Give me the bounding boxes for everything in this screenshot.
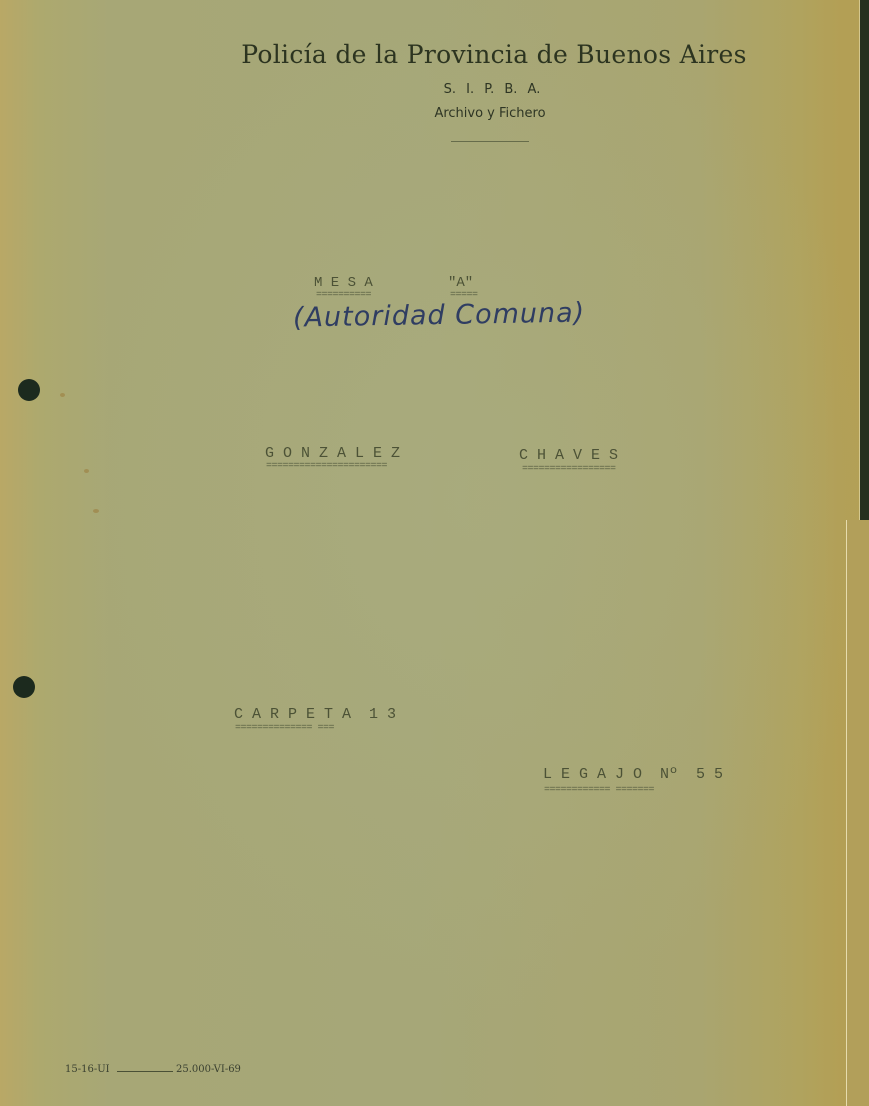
- header-title: Policía de la Provincia de Buenos Aires: [0, 40, 869, 69]
- mesa-value: "A": [448, 275, 473, 291]
- subject-name-second-underline: =================: [522, 464, 616, 475]
- subject-name-first: G O N Z A L E Z: [265, 445, 400, 462]
- paper-edge: [859, 0, 860, 520]
- folder-back-edge: [846, 520, 869, 1106]
- handwritten-note: (Autoridad Comuna): [293, 297, 586, 333]
- header-divider: [451, 141, 529, 142]
- background-edge: [860, 0, 869, 520]
- subject-name-first-underline: ======================: [266, 461, 387, 472]
- punch-hole-icon: [18, 379, 40, 401]
- stain: [60, 393, 65, 397]
- stain: [84, 469, 89, 473]
- footer-divider: [117, 1071, 173, 1072]
- header-org-acronym: S. I. P. B. A.: [0, 82, 869, 97]
- legajo-label: L E G A J O Nº 5 5: [543, 766, 723, 783]
- subject-name-second: C H A V E S: [519, 447, 618, 464]
- carpeta-label: C A R P E T A 1 3: [234, 706, 396, 723]
- punch-hole-icon: [13, 676, 35, 698]
- stain: [93, 509, 99, 513]
- footer-print-run: 25.000-VI-69: [176, 1064, 241, 1075]
- carpeta-underline: ============== ===: [235, 723, 334, 734]
- folder-cover: Policía de la Provincia de Buenos Aires …: [0, 0, 869, 1106]
- legajo-underline: ============ =======: [544, 785, 654, 796]
- mesa-label-underline: ==========: [316, 290, 371, 301]
- footer-form-code: 15-16-UI: [65, 1064, 110, 1075]
- header-department: Archivo y Fichero: [0, 106, 869, 121]
- mesa-label: M E S A: [314, 275, 373, 291]
